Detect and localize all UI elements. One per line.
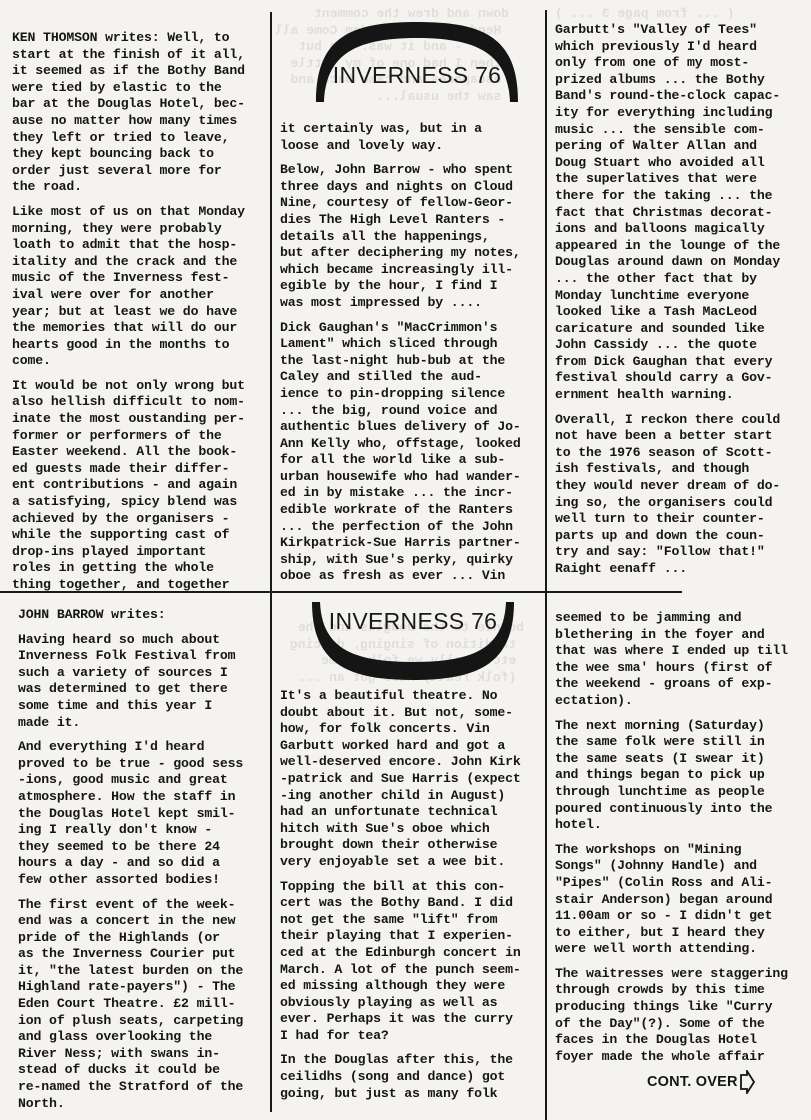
john-paragraph-3: The first event of the week- end was a c… xyxy=(18,897,270,1113)
ken-paragraph-1: KEN THOMSON writes: Well, to start at th… xyxy=(12,30,270,196)
ken-paragraph-2: Like most of us on that Monday morning, … xyxy=(12,204,270,370)
john-paragraph-4: It's a beautiful theatre. No doubt about… xyxy=(280,688,542,871)
john-paragraph-9: The workshops on "Mining Songs" (Johnny … xyxy=(555,842,809,958)
ken-column-1: KEN THOMSON writes: Well, to start at th… xyxy=(12,30,270,602)
ken-paragraph-5: Below, John Barrow - who spent three day… xyxy=(280,162,542,311)
inverness-76-logo-bottom: INVERNESS 76 xyxy=(308,598,518,684)
inverness-76-logo-top: INVERNESS 76 xyxy=(312,18,522,104)
arch-banner-icon xyxy=(312,18,522,104)
john-paragraph-5: Topping the bill at this con- cert was t… xyxy=(280,879,542,1045)
ken-paragraph-8: Overall, I reckon there could not have b… xyxy=(555,412,809,578)
bleed-through-text: ( ... from page 3 ... ) xyxy=(555,6,734,23)
ken-paragraph-3: It would be not only wrong but also hell… xyxy=(12,378,270,594)
john-paragraph-6: In the Douglas after this, the ceilidhs … xyxy=(280,1052,542,1102)
column-divider-right xyxy=(545,10,547,1120)
ken-column-3: Garbutt's "Valley of Tees" which previou… xyxy=(555,22,809,586)
john-paragraph-1: Having heard so much about Inverness Fol… xyxy=(18,632,270,732)
ken-paragraph-4: it certainly was, but in a loose and lov… xyxy=(280,121,542,154)
ken-paragraph-6: Dick Gaughan's "MacCrimmon's Lament" whi… xyxy=(280,320,542,586)
john-byline: JOHN BARROW writes: xyxy=(18,607,270,624)
john-paragraph-8: The next morning (Saturday) the same fol… xyxy=(555,718,809,834)
ken-paragraph-7: Garbutt's "Valley of Tees" which previou… xyxy=(555,22,809,404)
arrow-right-outline-icon xyxy=(739,1070,755,1094)
continued-over-marker: CONT. OVER xyxy=(647,1070,755,1094)
column-divider-left xyxy=(270,12,272,1112)
ken-column-2: it certainly was, but in a loose and lov… xyxy=(280,121,542,593)
ken-byline: KEN THOMSON writes: xyxy=(12,30,160,45)
newsletter-page: down and drew the comment Henderson's "F… xyxy=(0,0,811,1120)
cont-over-label: CONT. OVER xyxy=(647,1074,738,1090)
john-paragraph-2: And everything I'd heard proved to be tr… xyxy=(18,739,270,888)
john-column-3: seemed to be jamming and blethering in t… xyxy=(555,610,809,1073)
john-column-2: It's a beautiful theatre. No doubt about… xyxy=(280,688,542,1110)
logo-text-top: INVERNESS 76 xyxy=(312,62,522,89)
john-paragraph-10: The waitresses were staggering through c… xyxy=(555,966,809,1066)
logo-text-bottom: INVERNESS 76 xyxy=(308,608,518,635)
john-paragraph-7: seemed to be jamming and blethering in t… xyxy=(555,610,809,710)
john-column-1: JOHN BARROW writes: Having heard so much… xyxy=(18,607,270,1120)
